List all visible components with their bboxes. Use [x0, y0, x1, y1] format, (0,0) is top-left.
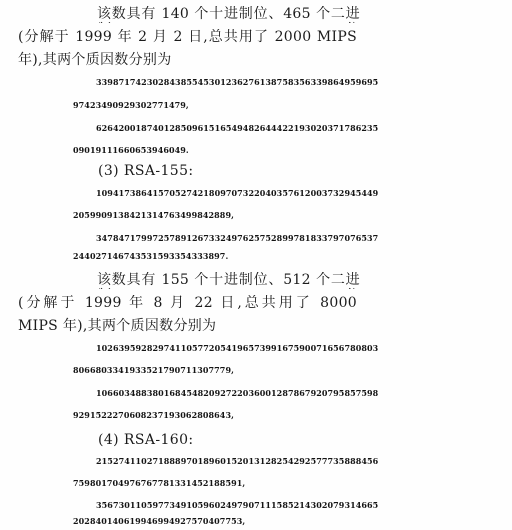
rsa160-heading: (4) RSA-160:	[98, 432, 194, 448]
rsa155-heading: (3) RSA-155:	[98, 163, 194, 179]
rsa140-factor1-line1: 3398717423028438554530123627613875835633…	[96, 78, 378, 87]
rsa140-stats-line1: 该数具有 140 个十进制位、465 个二进制位	[97, 6, 360, 23]
rsa155-modulus-line3: 3478471799725789126733249762575289978183…	[96, 234, 378, 243]
rsa140-factor2-line1: 6264200187401285096151654948264442219302…	[96, 124, 378, 133]
rsa155-modulus-line1: 1094173864157052742180970732204035761200…	[96, 189, 378, 198]
rsa155-factor2-line2: 9291522270608237193062808643,	[73, 411, 234, 420]
rsa140-factor2-line2: 09019111660653946049.	[73, 146, 189, 155]
rsa140-stats-line2: (分解于 1999 年 2 月 2 日,总共用了 2000 MIPS	[18, 29, 357, 46]
rsa155-modulus-line2: 2059909138421314763499842889,	[73, 211, 234, 220]
rsa155-factor1-line2: 8066803341933521790711307779,	[73, 366, 234, 375]
rsa155-factor1-line1: 1026395928297411057720541965739916759007…	[96, 344, 378, 353]
rsa160-modulus-line2: 759801704976767781331452188591,	[73, 479, 245, 488]
rsa160-modulus-line4: 202840140619946994927570407753,	[73, 517, 245, 526]
rsa155-stats-line1: 该数具有 155 个十进制位、512 个二进制位	[97, 272, 360, 289]
rsa160-modulus-line1: 2152741102718889701896015201312825429257…	[96, 457, 378, 466]
document-page: 该数具有 140 个十进制位、465 个二进制位 (分解于 1999 年 2 月…	[0, 0, 512, 530]
rsa155-stats-line3: MIPS 年),其两个质因数分别为	[18, 318, 216, 334]
rsa160-modulus-line3: 3567301105977349105960249790711158521430…	[96, 501, 378, 510]
rsa155-factor2-line1: 1066034883801684548209272203600128786792…	[96, 389, 378, 398]
rsa155-modulus-line4: 244027146743531593354333897.	[73, 252, 228, 261]
rsa140-stats-line3: 年),其两个质因数分别为	[18, 52, 172, 68]
rsa155-stats-line2: (分解于 1999 年 8 月 22 日,总共用了 8000	[18, 295, 357, 312]
rsa140-factor1-line2: 97423490929302771479,	[73, 101, 189, 110]
